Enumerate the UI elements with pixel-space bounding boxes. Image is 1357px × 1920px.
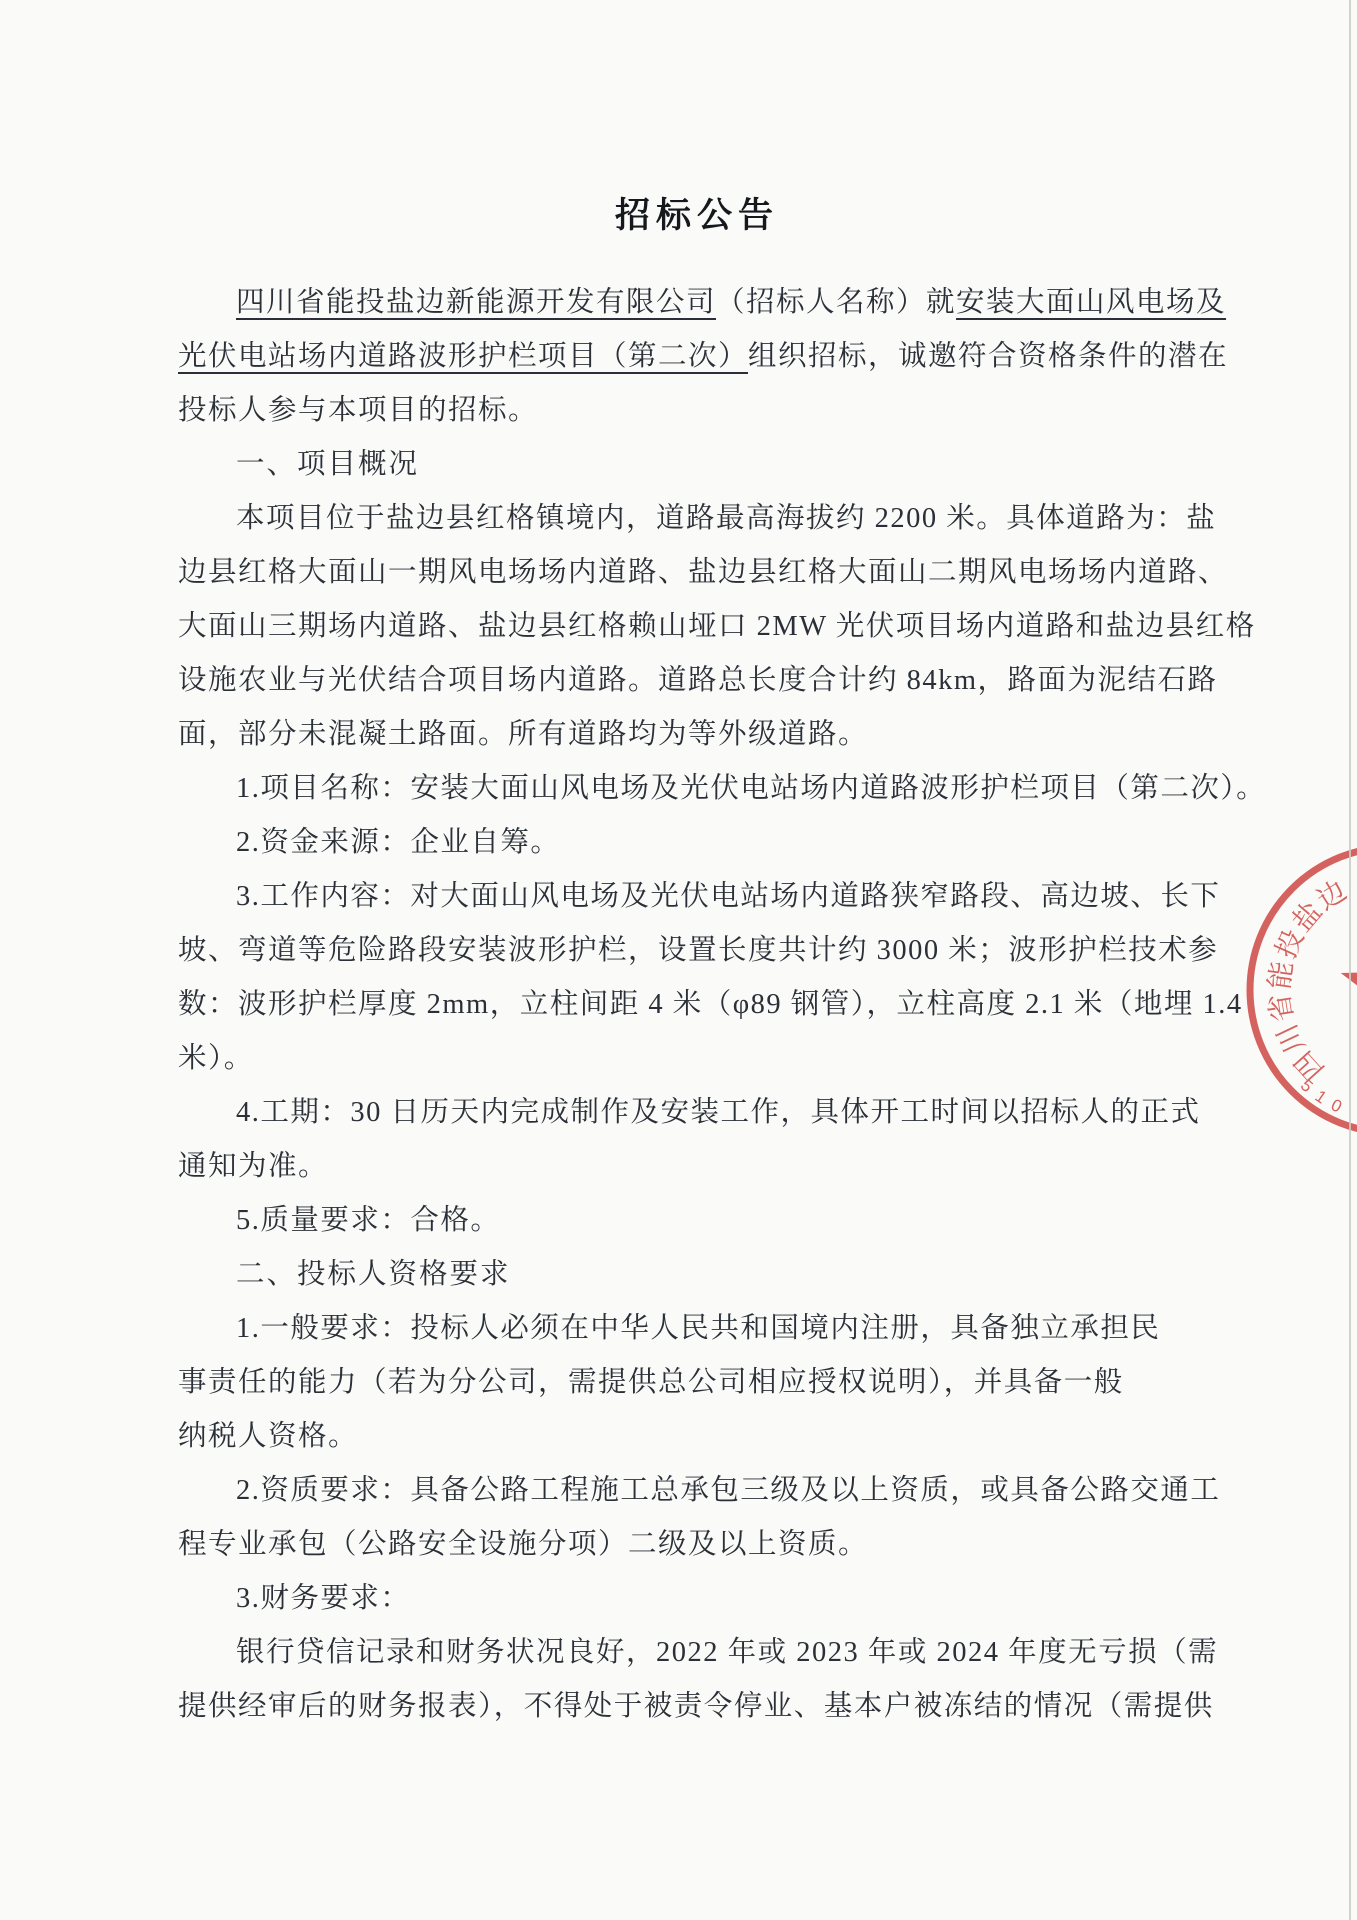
text-line: 面，部分未混凝土路面。所有道路均为等外级道路。: [178, 708, 1223, 762]
text-line: 4.工期：30 日历天内完成制作及安装工作，具体开工时间以招标人的正式: [178, 1086, 1223, 1140]
text-line: 大面山三期场内道路、盐边县红格赖山垭口 2MW 光伏项目场内道路和盐边县红格: [178, 600, 1223, 654]
underlined-text-run: 安装大面山风电场及: [956, 287, 1226, 318]
text-run: 1.一般要求：投标人必须在中华人民共和国境内注册，具备独立承担民: [236, 1313, 1160, 1344]
seal-number-text: 510: [1297, 1076, 1345, 1117]
text-line: 1.一般要求：投标人必须在中华人民共和国境内注册，具备独立承担民: [178, 1302, 1223, 1356]
svg-text:1: 1: [1312, 1086, 1330, 1107]
svg-text:投: 投: [1270, 925, 1311, 964]
text-run: 米）。: [178, 1043, 254, 1074]
text-run: 设施农业与光伏结合项目场内道路。道路总长度合计约 84km，路面为泥结石路: [178, 665, 1218, 696]
underlined-text-run: 光伏电站场内道路波形护栏项目（第二次）: [178, 341, 748, 372]
text-line: 投标人参与本项目的招标。: [178, 384, 1223, 438]
section-heading-line: 一、项目概况: [178, 438, 1223, 492]
text-line: 程专业承包（公路安全设施分项）二级及以上资质。: [178, 1518, 1223, 1572]
svg-text:盐: 盐: [1286, 896, 1329, 938]
text-run: 2.资质要求：具备公路工程施工总承包三级及以上资质，或具备公路交通工: [236, 1475, 1220, 1506]
text-run: 数：波形护栏厚度 2mm，立柱间距 4 米（φ89 钢管），立柱高度 2.1 米…: [178, 989, 1243, 1020]
text-line: 米）。: [178, 1032, 1223, 1086]
text-line: 银行贷信记录和财务状况良好，2022 年或 2023 年或 2024 年度无亏损…: [178, 1626, 1223, 1680]
text-run: 程专业承包（公路安全设施分项）二级及以上资质。: [178, 1529, 868, 1560]
text-line: 数：波形护栏厚度 2mm，立柱间距 4 米（φ89 钢管），立柱高度 2.1 米…: [178, 978, 1223, 1032]
scanned-document-page: 招标公告 四川省能投盐边新能源开发有限公司（招标人名称）就安装大面山风电场及光伏…: [0, 0, 1357, 1920]
text-run: 5.质量要求：合格。: [236, 1205, 500, 1236]
text-run: 纳税人资格。: [178, 1421, 358, 1452]
scan-edge-artifact: [1349, 0, 1351, 1920]
svg-text:5: 5: [1297, 1076, 1317, 1096]
text-line: 坡、弯道等危险路段安装波形护栏，设置长度共计约 3000 米；波形护栏技术参: [178, 924, 1223, 978]
text-run: 2.资金来源：企业自筹。: [236, 827, 560, 858]
text-run: 3.工作内容：对大面山风电场及光伏电站场内道路狭窄路段、高边坡、长下: [236, 881, 1220, 912]
text-line: 3.工作内容：对大面山风电场及光伏电站场内道路狭窄路段、高边坡、长下: [178, 870, 1223, 924]
text-run: 4.工期：30 日历天内完成制作及安装工作，具体开工时间以招标人的正式: [236, 1097, 1201, 1128]
text-run: 投标人参与本项目的招标。: [178, 395, 538, 426]
section-heading-line: 二、投标人资格要求: [178, 1248, 1223, 1302]
text-line: 纳税人资格。: [178, 1410, 1223, 1464]
text-run: 通知为准。: [178, 1151, 328, 1182]
text-run: 3.财务要求：: [236, 1583, 410, 1614]
text-run: 坡、弯道等危险路段安装波形护栏，设置长度共计约 3000 米；波形护栏技术参: [178, 935, 1218, 966]
text-line: 光伏电站场内道路波形护栏项目（第二次）组织招标，诚邀符合资格条件的潜在: [178, 330, 1223, 384]
text-line: 5.质量要求：合格。: [178, 1194, 1223, 1248]
text-run: （招标人名称）就: [716, 287, 956, 318]
text-line: 本项目位于盐边县红格镇境内，道路最高海拔约 2200 米。具体道路为：盐: [178, 492, 1223, 546]
svg-text:川: 川: [1272, 1019, 1312, 1058]
svg-text:边: 边: [1311, 875, 1352, 917]
text-run: 大面山三期场内道路、盐边县红格赖山垭口 2MW 光伏项目场内道路和盐边县红格: [178, 611, 1256, 642]
text-line: 通知为准。: [178, 1140, 1223, 1194]
text-run: 面，部分未混凝土路面。所有道路均为等外级道路。: [178, 719, 868, 750]
text-run: 本项目位于盐边县红格镇境内，道路最高海拔约 2200 米。具体道路为：盐: [236, 503, 1216, 534]
text-run: 二、投标人资格要求: [236, 1259, 511, 1290]
text-line: 提供经审后的财务报表），不得处于被责令停业、基本户被冻结的情况（需提供: [178, 1680, 1223, 1734]
text-line: 3.财务要求：: [178, 1572, 1223, 1626]
svg-text:能: 能: [1264, 959, 1299, 991]
text-line: 四川省能投盐边新能源开发有限公司（招标人名称）就安装大面山风电场及: [178, 276, 1223, 330]
page-title: 招标公告: [178, 188, 1216, 238]
text-run: 边县红格大面山一期风电场场内道路、盐边县红格大面山二期风电场场内道路、: [178, 557, 1228, 588]
svg-text:0: 0: [1328, 1095, 1345, 1116]
text-line: 2.资质要求：具备公路工程施工总承包三级及以上资质，或具备公路交通工: [178, 1464, 1223, 1518]
seal-ring: [1250, 847, 1357, 1133]
text-line: 设施农业与光伏结合项目场内道路。道路总长度合计约 84km，路面为泥结石路: [178, 654, 1223, 708]
document-body: 四川省能投盐边新能源开发有限公司（招标人名称）就安装大面山风电场及光伏电站场内道…: [178, 276, 1223, 1734]
text-line: 边县红格大面山一期风电场场内道路、盐边县红格大面山二期风电场场内道路、: [178, 546, 1223, 600]
svg-text:四: 四: [1289, 1044, 1331, 1086]
text-line: 1.项目名称：安装大面山风电场及光伏电站场内道路波形护栏项目（第二次）。: [178, 762, 1223, 816]
underlined-text-run: 四川省能投盐边新能源开发有限公司: [236, 287, 716, 318]
text-line: 事责任的能力（若为分公司，需提供总公司相应授权说明），并具备一般: [178, 1356, 1223, 1410]
seal-arc-text: 四川省能投盐边: [1264, 875, 1352, 1086]
text-run: 一、项目概况: [236, 449, 419, 480]
svg-text:省: 省: [1264, 991, 1300, 1024]
text-run: 事责任的能力（若为分公司，需提供总公司相应授权说明），并具备一般: [178, 1367, 1124, 1398]
text-line: 2.资金来源：企业自筹。: [178, 816, 1223, 870]
text-run: 1.项目名称：安装大面山风电场及光伏电站场内道路波形护栏项目（第二次）。: [236, 773, 1266, 804]
text-run: 提供经审后的财务报表），不得处于被责令停业、基本户被冻结的情况（需提供: [178, 1691, 1214, 1722]
text-run: 组织招标，诚邀符合资格条件的潜在: [748, 341, 1228, 372]
text-run: 银行贷信记录和财务状况良好，2022 年或 2023 年或 2024 年度无亏损…: [236, 1637, 1218, 1668]
